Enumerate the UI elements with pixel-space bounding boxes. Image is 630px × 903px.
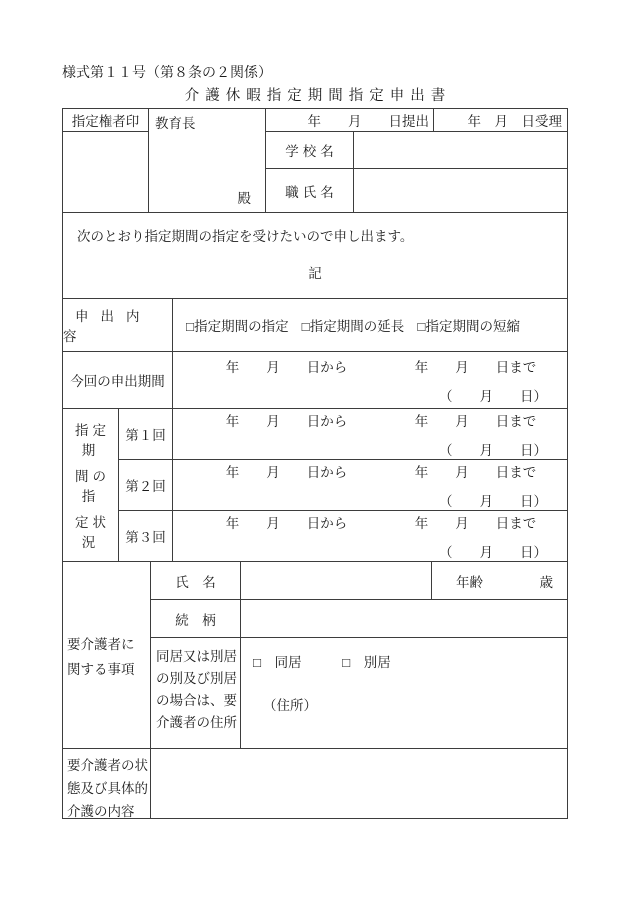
designation-status-label-line: 定状況 bbox=[63, 511, 118, 551]
current-period-label: 今回の申出期間 bbox=[63, 352, 173, 408]
round-1-dates: 年 月 日から 年 月 日まで （ 月 日） bbox=[173, 409, 567, 459]
header-right-column: 年 月 日提出 年 月 日受理 学校名 職氏名 bbox=[266, 109, 567, 212]
age-unit: 歳 bbox=[540, 571, 554, 591]
care-recipient-label: 要介護者に 関する事項 bbox=[63, 562, 151, 748]
care-recipient-fields: 氏 名 年齢 歳 続 柄 同居又は別居 の別及び別居 の場合は、要 bbox=[151, 562, 567, 748]
ki-heading: 記 bbox=[63, 262, 567, 282]
care-recipient-label-line: 要介護者に bbox=[67, 633, 150, 653]
designation-status-label-line: 間の指 bbox=[63, 465, 118, 505]
date-paren-line: （ 月 日） bbox=[173, 541, 567, 561]
header-section: 指定権者印 教育長 殿 年 月 日提出 年 月 日受理 学校名 職氏名 bbox=[63, 109, 567, 212]
care-condition-label-line: 介護の内容 bbox=[67, 800, 150, 823]
living-label-line: の場合は、要 bbox=[156, 690, 240, 712]
current-period-row: 今回の申出期間 年 月 日から 年 月 日まで （ 月 日） bbox=[63, 351, 567, 408]
relationship-value bbox=[241, 600, 567, 637]
care-condition-value bbox=[151, 749, 567, 818]
name-value bbox=[241, 562, 431, 599]
honorific-label: 殿 bbox=[238, 187, 252, 207]
checkbox-option-extend: □指定期間の延長 bbox=[302, 315, 405, 335]
date-from-to-line: 年 月 日から 年 月 日まで bbox=[173, 512, 567, 532]
date-from-to-line: 年 月 日から 年 月 日まで bbox=[173, 461, 567, 481]
round-1-label: 第１回 bbox=[119, 409, 173, 459]
date-from-to-line: 年 月 日から 年 月 日まで bbox=[173, 356, 567, 376]
date-from-to-line: 年 月 日から 年 月 日まで bbox=[173, 410, 567, 430]
addressee-label: 教育長 bbox=[149, 109, 265, 132]
living-label-line: 同居又は別居 bbox=[156, 646, 240, 668]
position-name-label: 職氏名 bbox=[266, 169, 354, 212]
living-options-line: □ 同居 □ 別居 bbox=[253, 651, 567, 671]
name-label: 氏 名 bbox=[151, 562, 241, 599]
living-arrangement-value: □ 同居 □ 別居 （住所） bbox=[241, 638, 567, 748]
living-label-line: の別及び別居 bbox=[156, 668, 240, 690]
application-options: □指定期間の指定 □指定期間の延長 □指定期間の短縮 bbox=[173, 299, 567, 351]
address-label: （住所） bbox=[253, 694, 567, 714]
age-cell: 年齢 歳 bbox=[431, 562, 567, 599]
round-3-dates: 年 月 日から 年 月 日まで （ 月 日） bbox=[173, 511, 567, 561]
school-name-value bbox=[354, 132, 567, 168]
care-condition-label: 要介護者の状 態及び具体的 介護の内容 bbox=[63, 749, 151, 818]
round-2-dates: 年 月 日から 年 月 日まで （ 月 日） bbox=[173, 460, 567, 510]
date-paren-line: （ 月 日） bbox=[173, 490, 567, 510]
designation-status-label: 指定期 間の指 定状況 bbox=[63, 409, 119, 561]
application-content-label: 申出内容 bbox=[63, 299, 173, 351]
form-number: 様式第１１号（第８条の２関係） bbox=[62, 62, 272, 82]
checkbox-option-shorten: □指定期間の短縮 bbox=[417, 315, 520, 335]
care-condition-label-line: 要介護者の状 bbox=[67, 754, 150, 777]
care-condition-label-line: 態及び具体的 bbox=[67, 777, 150, 800]
form-table: 指定権者印 教育長 殿 年 月 日提出 年 月 日受理 学校名 職氏名 bbox=[62, 108, 568, 819]
submitted-date-cell: 年 月 日提出 bbox=[266, 109, 434, 131]
school-name-row: 学校名 bbox=[266, 132, 567, 169]
living-label-line: 介護者の住所 bbox=[156, 712, 240, 734]
statement-text: 次のとおり指定期間の指定を受けたいので申し出ます。 bbox=[63, 213, 567, 245]
round-2-row: 第２回 年 月 日から 年 月 日まで （ 月 日） bbox=[119, 459, 567, 510]
care-condition-row: 要介護者の状 態及び具体的 介護の内容 bbox=[63, 748, 567, 818]
designator-seal-label: 指定権者印 bbox=[63, 109, 148, 132]
application-content-row: 申出内容 □指定期間の指定 □指定期間の延長 □指定期間の短縮 bbox=[63, 298, 567, 351]
school-name-label: 学校名 bbox=[266, 132, 354, 168]
form-page: 様式第１１号（第８条の２関係） 介護休暇指定期間指定申出書 指定権者印 教育長 … bbox=[0, 0, 630, 903]
checkbox-option-designate: □指定期間の指定 bbox=[186, 315, 289, 335]
position-name-value bbox=[354, 169, 567, 212]
seal-area bbox=[63, 132, 148, 212]
living-arrangement-label: 同居又は別居 の別及び別居 の場合は、要 介護者の住所 bbox=[151, 638, 241, 748]
round-3-row: 第３回 年 月 日から 年 月 日まで （ 月 日） bbox=[119, 510, 567, 561]
form-title: 介護休暇指定期間指定申出書 bbox=[0, 84, 630, 105]
date-paren-line: （ 月 日） bbox=[173, 439, 567, 459]
relationship-row: 続 柄 bbox=[151, 599, 567, 637]
statement-section: 次のとおり指定期間の指定を受けたいので申し出ます。 記 bbox=[63, 212, 567, 298]
round-3-label: 第３回 bbox=[119, 511, 173, 561]
position-name-row: 職氏名 bbox=[266, 169, 567, 212]
care-recipient-label-line: 関する事項 bbox=[67, 658, 150, 678]
designation-status-label-line: 指定期 bbox=[63, 419, 118, 459]
round-1-row: 第１回 年 月 日から 年 月 日まで （ 月 日） bbox=[119, 409, 567, 459]
care-recipient-section: 要介護者に 関する事項 氏 名 年齢 歳 続 柄 bbox=[63, 561, 567, 748]
name-row: 氏 名 年齢 歳 bbox=[151, 562, 567, 599]
addressee-cell: 教育長 殿 bbox=[149, 109, 266, 212]
received-date-cell: 年 月 日受理 bbox=[434, 109, 567, 131]
age-label: 年齢 bbox=[456, 571, 483, 591]
living-arrangement-row: 同居又は別居 の別及び別居 の場合は、要 介護者の住所 □ 同居 □ 別居 （住… bbox=[151, 637, 567, 748]
relationship-label: 続 柄 bbox=[151, 600, 241, 637]
round-2-label: 第２回 bbox=[119, 460, 173, 510]
date-row: 年 月 日提出 年 月 日受理 bbox=[266, 109, 567, 132]
designator-seal-column: 指定権者印 bbox=[63, 109, 149, 212]
designation-rounds: 第１回 年 月 日から 年 月 日まで （ 月 日） 第２回 年 月 日から 年… bbox=[119, 409, 567, 561]
current-period-dates: 年 月 日から 年 月 日まで （ 月 日） bbox=[173, 352, 567, 408]
date-paren-line: （ 月 日） bbox=[173, 385, 567, 405]
designation-status-section: 指定期 間の指 定状況 第１回 年 月 日から 年 月 日まで （ 月 日） 第… bbox=[63, 408, 567, 561]
